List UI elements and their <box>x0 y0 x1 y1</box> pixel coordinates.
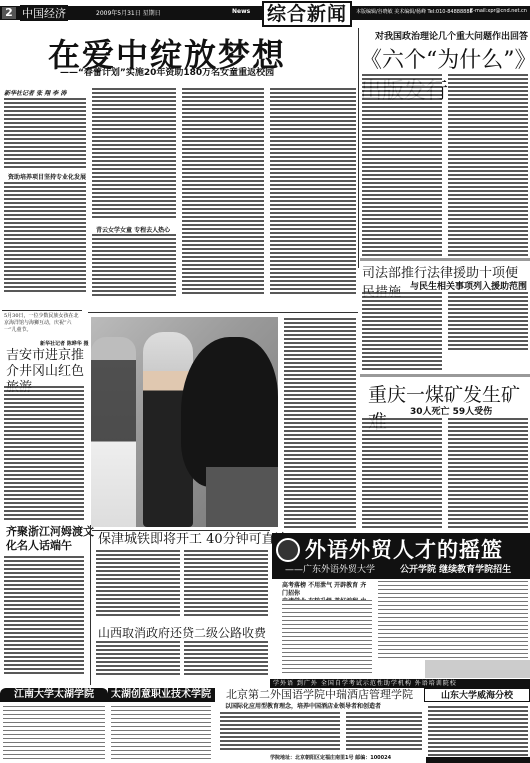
divider-band <box>360 374 530 377</box>
article-body-col2 <box>92 88 176 220</box>
chongqing-body-col1 <box>362 418 442 528</box>
weihai-ad-body <box>428 706 528 756</box>
ad-taihu[interactable]: 太湖创意职业技术学院 <box>108 688 214 702</box>
legal-aid-body-col2 <box>448 292 528 352</box>
article-body-col1 <box>4 98 86 168</box>
rule <box>88 312 358 313</box>
ad-bisu-hotel[interactable]: 北京第二外国语学院中瑞酒店管理学院 <box>214 688 424 702</box>
weihai-footer-bar <box>426 757 530 763</box>
ad-body-left <box>282 600 372 676</box>
article-body-col3 <box>182 88 264 296</box>
article-body-col4 <box>270 88 356 296</box>
article-subhead: 资助培养项目坚持专业化发展 <box>8 172 86 181</box>
photo-pedestal <box>206 467 278 527</box>
shanxi-headline[interactable]: 山西取消政府还贷二级公路收费 <box>98 624 266 641</box>
article-subhead: 青云女学女童 专程去人热心 <box>96 225 170 234</box>
chongqing-subheadline: 30人死亡 59人受伤 <box>410 404 492 417</box>
right-body-col2 <box>448 74 528 256</box>
hemudu-headline[interactable]: 齐聚浙江河姆渡文化名人话端午 <box>6 525 96 553</box>
masthead-logo: 中国经济 <box>20 5 68 21</box>
ad-jiangnan[interactable]: 江南大学太湖学院 <box>0 688 108 702</box>
article-body-col1b <box>4 182 86 294</box>
right-story-kicker: 对我国政治理论几个重大问题作出回答 <box>375 29 528 42</box>
university-emblem-icon <box>276 538 300 562</box>
ad-bottom-bar: 学外语 到广外 全国自学考试示范性助学机构 外语培训院校 <box>270 679 530 688</box>
column-rule <box>358 28 359 268</box>
ad-slogan: 高考落榜 不用泄气 开辟教育 齐门招你 <box>282 582 372 598</box>
legal-aid-body-col1 <box>362 292 442 372</box>
rule <box>2 310 82 311</box>
ad-title: 外语外贸人才的摇篮 <box>305 534 503 564</box>
legal-aid-subheadline: 与民生相关事项列入援助范围 <box>410 279 527 292</box>
chongqing-body-col2 <box>448 418 528 528</box>
photo-man <box>91 337 136 527</box>
taihu-ad-body <box>111 706 211 762</box>
shanxi-body-col2 <box>184 641 268 677</box>
issue-date: 2009年5月31日 星期日 <box>96 8 161 17</box>
page-number: 2 <box>2 7 16 19</box>
rail-headline[interactable]: 保津城铁即将开工 40分钟可直达 <box>98 528 288 547</box>
bisu-ad-body1 <box>220 712 340 750</box>
jian-body <box>4 386 84 520</box>
photo-sea-lion <box>181 337 278 487</box>
ad-shandong-weihai[interactable]: 山东大学威海分校 <box>424 688 530 702</box>
news-label: News <box>232 8 250 15</box>
shanxi-body-col1 <box>96 641 180 677</box>
hemudu-body <box>4 556 84 676</box>
article-body-col2b <box>92 234 176 296</box>
photo-credit: 新华社记者 陈晔华 摄 <box>40 340 88 347</box>
ad-body <box>378 581 528 661</box>
bisu-address: 学院地址：北京朝阳区定福庄南里1号 邮编：100024 <box>270 754 391 761</box>
bisu-ad-body2 <box>346 712 422 750</box>
rail-body-col1 <box>96 550 180 618</box>
byline: 新华社记者 张 翔 李 涛 <box>4 88 66 97</box>
ad-contact-box <box>425 660 530 678</box>
jiangnan-ad-body <box>3 706 105 762</box>
contact-email: E-mail:xpr@cnd.net.cn <box>470 8 527 14</box>
column-rule <box>90 525 91 685</box>
main-subheadline: ——“春蕾计划”实施20年资助180万名女童重返校园 <box>60 65 274 78</box>
rail-body-col2 <box>184 550 268 618</box>
ad-program: 公开学院 继续教育学院招生 <box>400 562 511 575</box>
divider-band <box>360 258 530 261</box>
photo-side-body <box>284 318 356 528</box>
news-photo <box>91 317 278 527</box>
ad-school: ——广东外语外贸大学 <box>285 562 375 575</box>
right-body-col1 <box>362 74 442 256</box>
section-title: 综合新闻 <box>262 1 352 27</box>
bisu-tagline: 以国际化应用型教育理念，培养中国酒店业领导者和创造者 <box>225 701 381 710</box>
editor-info: 本版编辑/谷晓敏 美术编辑/杨峰 Tel:010-84888888 <box>356 8 473 15</box>
